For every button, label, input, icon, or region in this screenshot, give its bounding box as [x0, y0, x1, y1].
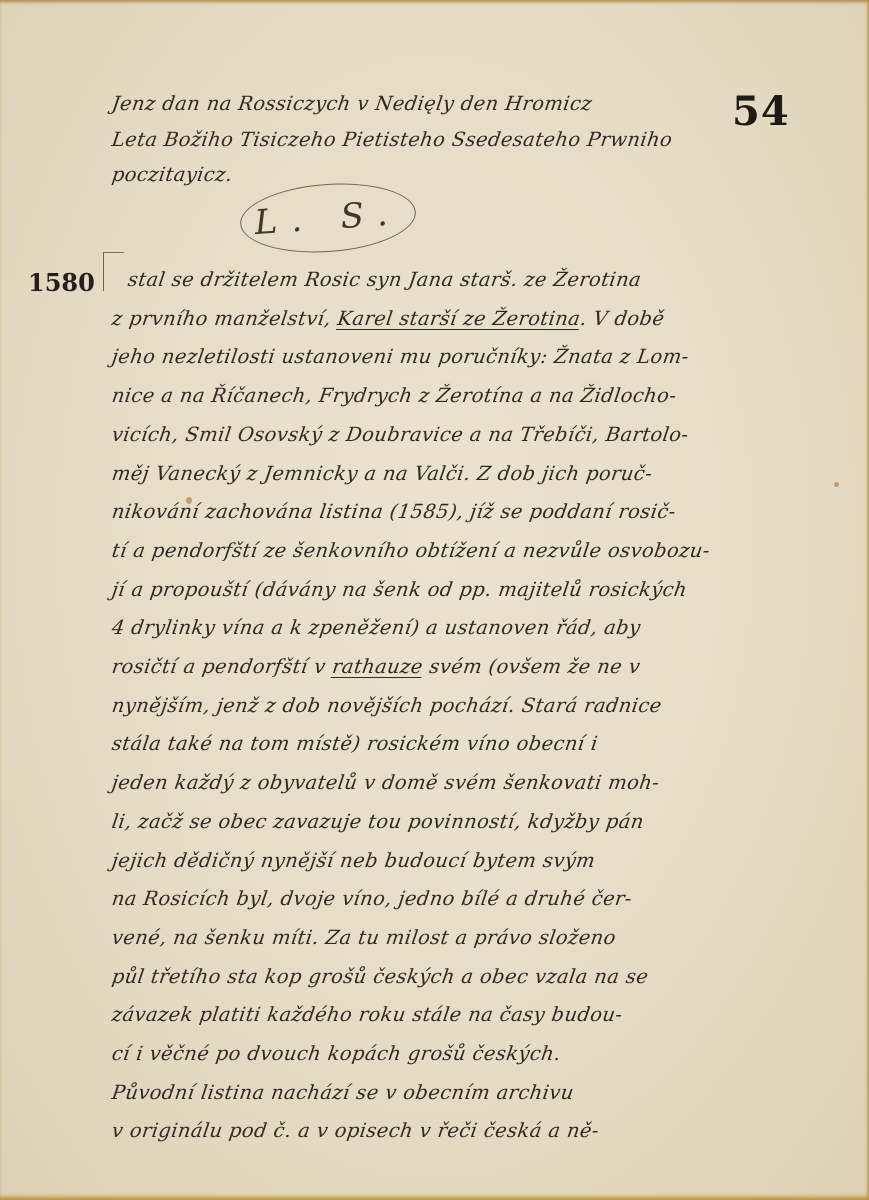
body-line: nice a na Říčanech, Frydrych z Žerotína … [110, 384, 678, 407]
margin-bracket [103, 252, 124, 291]
text-run: závazek platiti každého roku stále na ča… [110, 1003, 624, 1026]
underlined-text: rathauze [331, 655, 425, 678]
body-line: vicích, Smil Osovský z Doubravice a na T… [110, 423, 690, 446]
body-line: jeden každý z obyvatelů v domě svém šenk… [110, 771, 661, 794]
body-line: jeho nezletilosti ustanoveni mu poručník… [110, 345, 690, 368]
text-run: Původní listina nachází se v obecním arc… [110, 1081, 575, 1104]
header-line-2: Leta Božiho Tisiczeho Pietisteho Ssedesa… [110, 128, 673, 151]
body-line: rosičtí a pendorfští v rathauze svém (ov… [110, 655, 642, 678]
body-line: vené, na šenku míti. Za tu milost a práv… [110, 926, 617, 949]
margin-year: 1580 [28, 268, 95, 297]
text-run: měj Vanecký z Jemnicky a na Valči. Z dob… [110, 462, 653, 485]
text-run: stal se držitelem Rosic syn Jana starš. … [126, 268, 642, 291]
text-run: nynějším, jenž z dob novějších pochází. … [110, 694, 663, 717]
body-line: v originálu pod č. a v opisech v řeči če… [110, 1119, 600, 1142]
body-line: cí i věčné po dvouch kopách grošů českýc… [110, 1042, 562, 1065]
text-run: nikování zachována listina (1585), jíž s… [110, 500, 677, 523]
body-line: měj Vanecký z Jemnicky a na Valči. Z dob… [110, 462, 653, 485]
text-run: na Rosicích byl, dvoje víno, jedno bílé … [110, 887, 633, 910]
body-line: na Rosicích byl, dvoje víno, jedno bílé … [110, 887, 633, 910]
text-run: svém (ovšem že ne v [421, 655, 642, 678]
header-line-3: poczitayicz. [110, 163, 234, 186]
body-line: závazek platiti každého roku stále na ča… [110, 1003, 624, 1026]
body-line: Původní listina nachází se v obecním arc… [110, 1081, 575, 1104]
body-line: stal se držitelem Rosic syn Jana starš. … [126, 268, 642, 291]
body-line: tí a pendorfští ze šenkovního obtížení a… [110, 539, 711, 562]
text-run: nice a na Říčanech, Frydrych z Žerotína … [110, 384, 678, 407]
body-line: jejich dědičný nynější neb budoucí bytem… [110, 849, 596, 872]
underlined-text: Karel starší ze Žerotina [336, 307, 582, 330]
foxing-spot [186, 497, 192, 504]
body-line: jí a propouští (dávány na šenk od pp. ma… [110, 578, 688, 601]
text-run: z prvního manželství, [110, 307, 339, 330]
body-line: nynějším, jenž z dob novějších pochází. … [110, 694, 663, 717]
text-run: rosičtí a pendorfští v [110, 655, 334, 678]
text-run: jí a propouští (dávány na šenk od pp. ma… [110, 578, 688, 601]
text-run: půl třetího sta kop grošů českých a obec… [110, 965, 650, 988]
text-run: li, začž se obec zavazuje tou povinností… [110, 810, 645, 833]
text-run: vené, na šenku míti. Za tu milost a práv… [110, 926, 617, 949]
body-line: nikování zachována listina (1585), jíž s… [110, 500, 677, 523]
text-run: jeden každý z obyvatelů v domě svém šenk… [110, 771, 661, 794]
manuscript-page: Jenz dan na Rossiczych v Nedięly den Hro… [0, 0, 869, 1200]
foxing-spot [834, 482, 839, 487]
text-run: 4 drylinky vína a k zpeněžení) a ustanov… [110, 616, 642, 639]
text-run: jejich dědičný nynější neb budoucí bytem… [110, 849, 596, 872]
body-line: z prvního manželství, Karel starší ze Že… [110, 307, 666, 330]
header-line-1: Jenz dan na Rossiczych v Nedięly den Hro… [110, 92, 593, 115]
body-line: půl třetího sta kop grošů českých a obec… [110, 965, 650, 988]
body-line: li, začž se obec zavazuje tou povinností… [110, 810, 645, 833]
text-run: cí i věčné po dvouch kopách grošů českýc… [110, 1042, 562, 1065]
body-line: stála také na tom místě) rosickém víno o… [110, 732, 599, 755]
text-run: tí a pendorfští ze šenkovního obtížení a… [110, 539, 711, 562]
text-run: v originálu pod č. a v opisech v řeči če… [110, 1119, 600, 1142]
text-run: jeho nezletilosti ustanoveni mu poručník… [110, 345, 690, 368]
page-number: 54 [732, 88, 790, 135]
seal-ellipse: L. S. [238, 178, 418, 258]
seal-text: L. S. [253, 193, 403, 243]
body-line: 4 drylinky vína a k zpeněžení) a ustanov… [110, 616, 642, 639]
text-run: . V době [579, 307, 666, 330]
text-run: stála také na tom místě) rosickém víno o… [110, 732, 599, 755]
text-run: vicích, Smil Osovský z Doubravice a na T… [110, 423, 690, 446]
